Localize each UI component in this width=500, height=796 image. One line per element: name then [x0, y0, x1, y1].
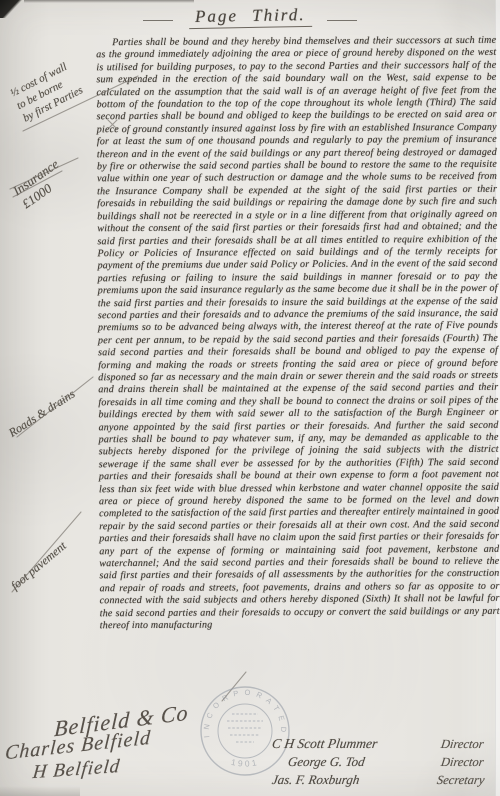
scanned-deed-page: Page Third. Parties shall be bound and t… [0, 0, 500, 796]
title-dash-right [327, 20, 357, 21]
signature-roxburgh: Jas. F. Roxburgh [271, 772, 361, 788]
page-title-row: Page Third. [0, 6, 500, 28]
page-title: Page Third. [189, 5, 312, 29]
stamp-inner-ring [218, 704, 272, 758]
signature-row: Jas. F. Roxburgh Secretary [272, 772, 484, 788]
stamp-illegible-lines [227, 714, 263, 742]
stamp-year-text: 1901 [230, 757, 259, 769]
top-edge-smudge [24, 0, 194, 3]
signature-role-director-2: Director [440, 755, 485, 770]
margin-note-insurance: Insurance £1000 [10, 129, 110, 213]
end-of-text-slash [222, 672, 246, 701]
officer-signature-block: C H Scott Plummer Director George G. Tod… [272, 736, 484, 790]
signature-scott-plummer: C H Scott Plummer [271, 736, 379, 752]
margin-note-foot-pavement: foot pavement [8, 505, 110, 594]
stamp-arc-text: INCORPORATED [202, 688, 288, 739]
title-dash-left [143, 20, 173, 21]
signature-george-tod: George G. Tod [271, 754, 366, 770]
signature-row: C H Scott Plummer Director [272, 736, 484, 752]
bottom-edge-smudge [0, 786, 80, 796]
signature-row: George G. Tod Director [272, 754, 484, 770]
signature-role-director-1: Director [440, 737, 485, 752]
signature-role-secretary: Secretary [436, 773, 486, 788]
deed-body-text: Parties shall be bound and they hereby b… [96, 35, 500, 633]
